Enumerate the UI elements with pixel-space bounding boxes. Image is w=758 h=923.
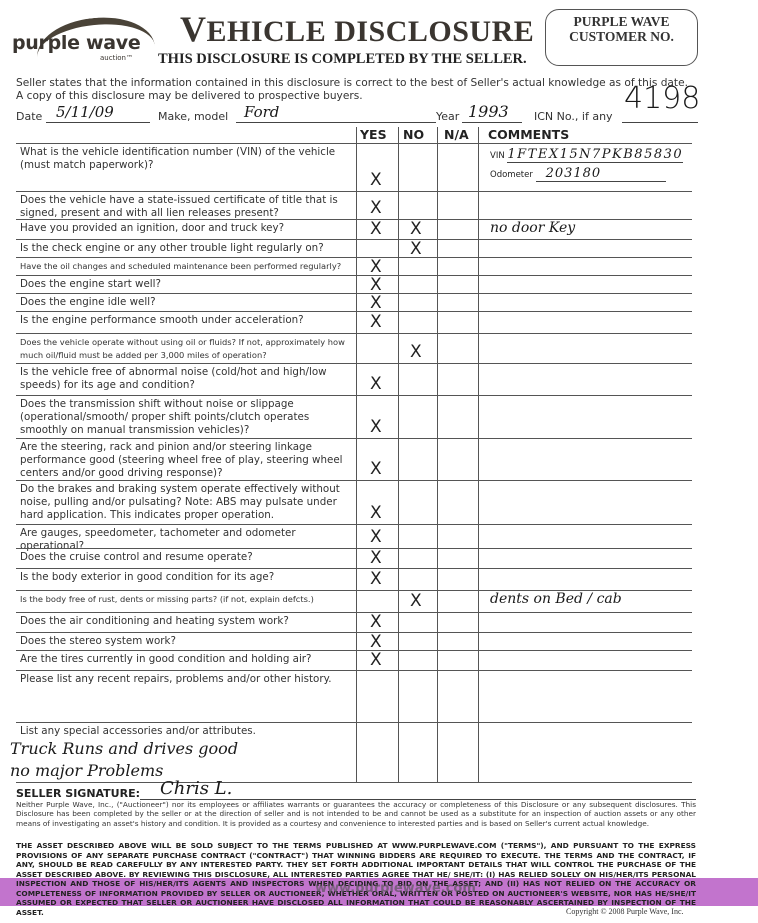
table-row: Is the engine performance smooth under a…	[16, 311, 692, 334]
icn-label: ICN No., if any	[534, 110, 613, 123]
column-divider	[356, 127, 357, 782]
logo-wordmark: purple wave	[12, 32, 140, 54]
title-rest: EHICLE DISCLOSURE	[207, 15, 535, 48]
question-text: Does the vehicle operate without using o…	[20, 336, 350, 362]
disclaimer-paragraph: Neither Purple Wave, Inc., ("Auctioneer"…	[16, 800, 696, 828]
handwritten-note: Truck Runs and drives good	[10, 739, 238, 758]
vin-field[interactable]: VIN 1FTEX15N7PKB85830	[490, 147, 683, 162]
purple-wave-logo: purple wave auction™	[10, 12, 150, 62]
table-row: Does the vehicle have a state-issued cer…	[16, 191, 692, 220]
handwritten-note: no major Problems	[10, 761, 163, 780]
question-text: Are the steering, rack and pinion and/or…	[20, 441, 350, 480]
table-row: Does the engine idle well?X	[16, 293, 692, 312]
question-text: Please list any recent repairs, problems…	[20, 673, 350, 686]
icn-field[interactable]: 4198	[622, 108, 698, 123]
page-subtitle: THIS DISCLOSURE IS COMPLETED BY THE SELL…	[158, 51, 527, 68]
question-text: List any special accessories and/or attr…	[20, 725, 350, 738]
table-row: Do the brakes and braking system operate…	[16, 480, 692, 525]
year-label: Year	[436, 110, 459, 123]
table-row: What is the vehicle identification numbe…	[16, 143, 692, 192]
table-row: Are the tires currently in good conditio…	[16, 650, 692, 671]
page-title: VEHICLE DISCLOSURE	[180, 8, 534, 50]
table-row: Does the air conditioning and heating sy…	[16, 612, 692, 633]
table-row: Does the stereo system work?X	[16, 632, 692, 651]
checkbox-mark[interactable]: X	[370, 505, 382, 522]
question-text: Do the brakes and braking system operate…	[20, 483, 350, 522]
table-row: Have the oil changes and scheduled maint…	[16, 257, 692, 276]
make-model-value: Ford	[244, 103, 279, 121]
question-text: Have you provided an ignition, door and …	[20, 222, 350, 235]
question-text: Is the engine performance smooth under a…	[20, 314, 350, 327]
question-text: Is the body free of rust, dents or missi…	[20, 593, 350, 606]
table-row: Is the check engine or any other trouble…	[16, 239, 692, 258]
checkbox-mark[interactable]: X	[370, 277, 382, 294]
question-text: Does the air conditioning and heating sy…	[20, 615, 350, 628]
table-row: Are the steering, rack and pinion and/or…	[16, 438, 692, 481]
odometer-label: Odometer	[490, 170, 536, 180]
question-text: Does the vehicle have a state-issued cer…	[20, 194, 350, 220]
year-field[interactable]: 1993	[462, 108, 522, 123]
column-divider	[437, 127, 438, 782]
question-text: Is the body exterior in good condition f…	[20, 571, 350, 584]
table-row: Does the transmission shift without nois…	[16, 395, 692, 439]
seller-signature-label: SELLER SIGNATURE:	[16, 787, 140, 800]
checkbox-mark[interactable]: X	[370, 550, 382, 567]
customer-number-box[interactable]: PURPLE WAVE CUSTOMER NO.	[545, 9, 698, 66]
table-row: Does the vehicle operate without using o…	[16, 333, 692, 364]
vin-label: VIN	[490, 151, 507, 161]
date-field[interactable]: 5/11/09	[46, 108, 150, 123]
terms-paragraph: THE ASSET DESCRIBED ABOVE WILL BE SOLD S…	[16, 841, 696, 917]
make-model-field[interactable]: Ford	[236, 108, 436, 123]
table-row: Please list any recent repairs, problems…	[16, 670, 692, 723]
checkbox-mark[interactable]: X	[370, 259, 382, 276]
year-value: 1993	[468, 102, 509, 121]
column-divider	[398, 127, 399, 782]
table-row: Are gauges, speedometer, tachometer and …	[16, 524, 692, 549]
odometer-value: 203180	[536, 166, 666, 182]
table-row: Is the body exterior in good condition f…	[16, 568, 692, 591]
table-row: Is the body free of rust, dents or missi…	[16, 590, 692, 613]
question-text: Are the tires currently in good conditio…	[20, 653, 350, 666]
make-model-label: Make, model	[158, 110, 228, 123]
question-text: Does the transmission shift without nois…	[20, 398, 350, 437]
question-text: Does the cruise control and resume opera…	[20, 551, 350, 564]
checkbox-mark[interactable]: X	[370, 376, 382, 393]
question-text: Does the engine start well?	[20, 278, 350, 291]
checkbox-mark[interactable]: X	[370, 314, 382, 331]
header-na: N/A	[444, 127, 469, 142]
comment-text: dents on Bed / cab	[490, 591, 622, 607]
checkbox-mark[interactable]: X	[410, 221, 422, 238]
checkbox-mark[interactable]: X	[410, 593, 422, 610]
icn-value: 4198	[624, 81, 700, 116]
question-text: Is the vehicle free of abnormal noise (c…	[20, 366, 350, 392]
question-text: Is the check engine or any other trouble…	[20, 242, 350, 255]
table-row: Does the cruise control and resume opera…	[16, 548, 692, 569]
copyright: Copyright © 2008 Purple Wave, Inc.	[566, 907, 684, 916]
checkbox-mark[interactable]: X	[410, 344, 422, 361]
date-value: 5/11/09	[56, 103, 114, 121]
checkbox-mark[interactable]: X	[410, 241, 422, 258]
customer-box-line2: CUSTOMER NO.	[546, 29, 697, 44]
table-row: List any special accessories and/or attr…	[16, 722, 692, 783]
question-text: Have the oil changes and scheduled maint…	[20, 260, 350, 273]
customer-box-line1: PURPLE WAVE	[546, 14, 697, 29]
header-yes: YES	[360, 127, 387, 142]
disclosure-table: YES NO N/A COMMENTS What is the vehicle …	[16, 127, 696, 787]
watermark: www.purplewave.com	[315, 881, 476, 896]
checkbox-mark[interactable]: X	[370, 461, 382, 478]
checkbox-mark[interactable]: X	[370, 200, 382, 217]
checkbox-mark[interactable]: X	[370, 295, 382, 312]
comment-text: no door Key	[490, 220, 575, 236]
checkbox-mark[interactable]: X	[370, 634, 382, 651]
column-divider	[478, 127, 479, 782]
checkbox-mark[interactable]: X	[370, 172, 382, 189]
table-row: Is the vehicle free of abnormal noise (c…	[16, 363, 692, 396]
intro-line-2: A copy of this disclosure may be deliver…	[16, 90, 363, 102]
table-row: Does the engine start well?X	[16, 275, 692, 294]
header-comments: COMMENTS	[488, 127, 569, 142]
vin-value: 1FTEX15N7PKB85830	[507, 147, 683, 163]
checkbox-mark[interactable]: X	[370, 529, 382, 546]
table-bottom-border	[16, 782, 692, 783]
header-no: NO	[403, 127, 424, 142]
intro-line-1: Seller states that the information conta…	[16, 77, 688, 89]
odometer-field[interactable]: Odometer 203180	[490, 166, 666, 182]
question-text: Does the stereo system work?	[20, 635, 350, 648]
checkbox-mark[interactable]: X	[370, 614, 382, 631]
checkbox-mark[interactable]: X	[370, 221, 382, 238]
title-initial: V	[180, 9, 207, 49]
question-text: What is the vehicle identification numbe…	[20, 146, 350, 172]
checkbox-mark[interactable]: X	[370, 571, 382, 588]
date-label: Date	[16, 110, 42, 123]
checkbox-mark[interactable]: X	[370, 652, 382, 669]
question-text: Does the engine idle well?	[20, 296, 350, 309]
checkbox-mark[interactable]: X	[370, 419, 382, 436]
table-row: Have you provided an ignition, door and …	[16, 219, 692, 240]
seller-signature-value: Chris L.	[160, 778, 232, 799]
logo-subtext: auction™	[100, 54, 133, 62]
